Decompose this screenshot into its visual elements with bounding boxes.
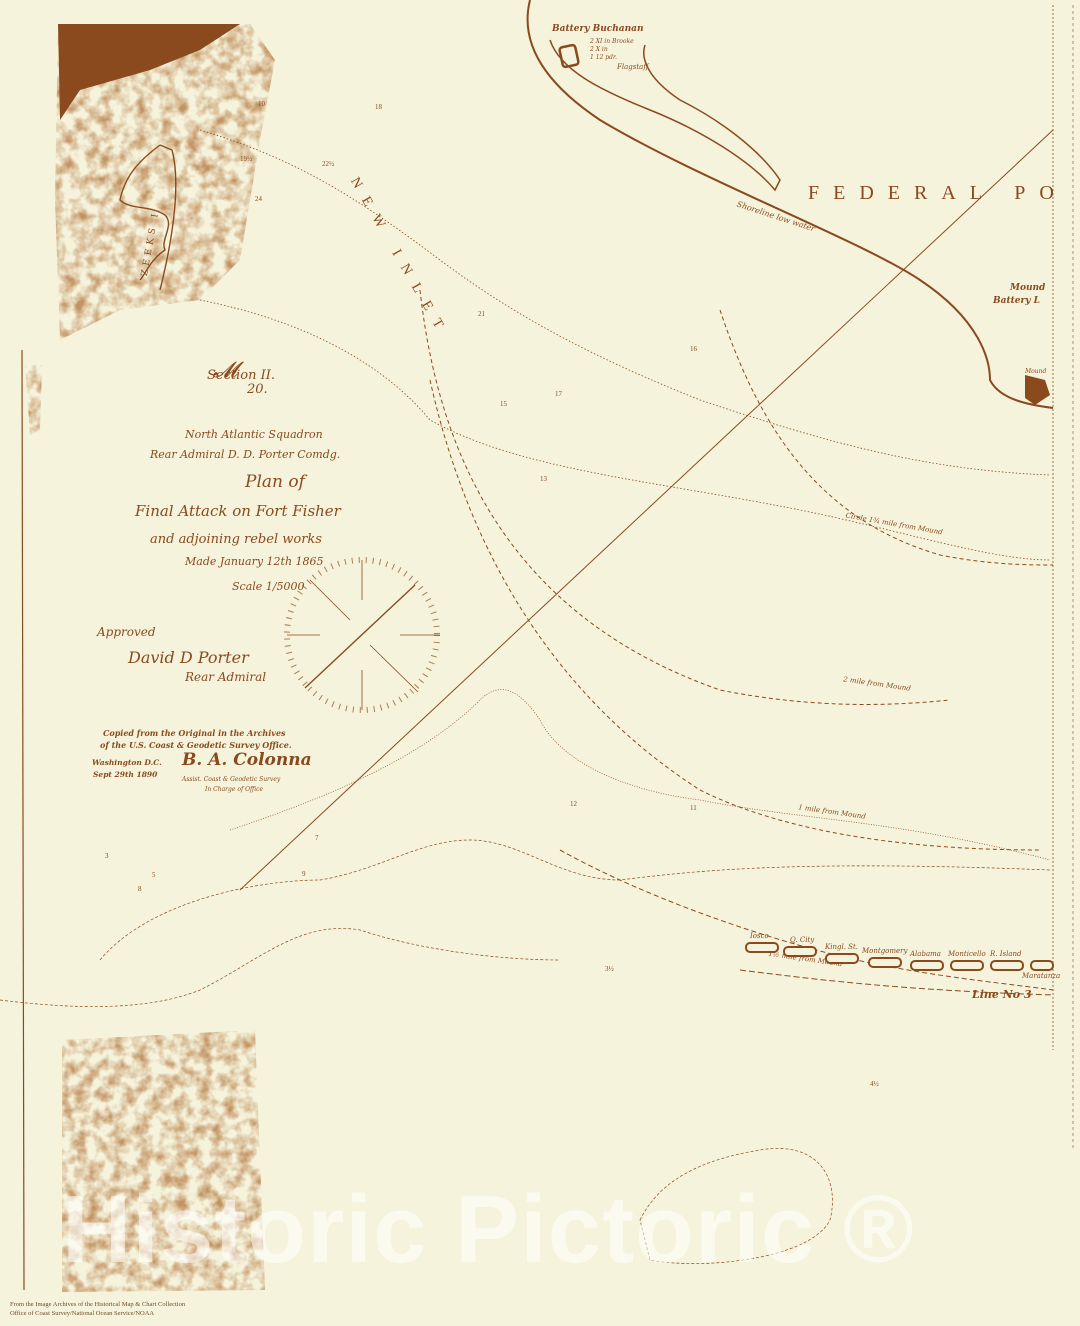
battery-buchanan-label: Battery Buchanan bbox=[552, 24, 644, 34]
mound-battery-label-2: Battery L bbox=[993, 296, 1040, 306]
mound-battery-label: Mound bbox=[1010, 283, 1045, 293]
copy-date: Sept 29th 1890 bbox=[93, 770, 157, 779]
approved-label: Approved bbox=[97, 625, 156, 639]
title-line-2: Rear Admiral D. D. Porter Comdg. bbox=[150, 448, 340, 461]
colonna-signature: B. A. Colonna bbox=[182, 750, 312, 770]
title-line-6: Made January 12th 1865 bbox=[185, 555, 324, 568]
ship-icon bbox=[950, 960, 984, 971]
scale-label: Scale 1/5000 bbox=[232, 580, 304, 593]
porter-signature: David D Porter bbox=[128, 648, 249, 667]
battery-guns-list: 2 XI in Brooke 2 X in 1 12 pdr. bbox=[590, 38, 634, 62]
federal-point-label: FEDERAL PO bbox=[808, 182, 1068, 205]
copy-note-line-1: Copied from the Original in the Archives bbox=[103, 728, 286, 738]
ship-icon bbox=[745, 942, 779, 953]
flagstaff-label: Flagstaff bbox=[617, 63, 648, 71]
colonna-title-2: In Charge of Office bbox=[205, 786, 263, 793]
title-line-3: Plan of bbox=[245, 472, 305, 492]
watermark: Historic Pictoric ® bbox=[62, 1175, 915, 1285]
line-no-label: Line No 3 bbox=[972, 988, 1032, 1001]
colonna-title-1: Assist. Coast & Geodetic Survey bbox=[182, 776, 280, 783]
ship-icon bbox=[910, 960, 944, 971]
section-number: 20. bbox=[247, 382, 268, 397]
credit-line-1: From the Image Archives of the Historica… bbox=[10, 1301, 185, 1308]
copy-note-line-2: of the U.S. Coast & Geodetic Survey Offi… bbox=[100, 740, 292, 750]
section-label: Section II. bbox=[207, 368, 275, 383]
title-line-4: Final Attack on Fort Fisher bbox=[135, 502, 341, 520]
title-line-5: and adjoining rebel works bbox=[150, 532, 322, 547]
credit-line-2: Office of Coast Survey/National Ocean Se… bbox=[10, 1310, 154, 1317]
ship-icon bbox=[825, 953, 859, 964]
nautical-chart: FEDERAL PO NEW INLET ZEEKS I Battery Buc… bbox=[0, 0, 1080, 1326]
compass-rose-icon bbox=[287, 560, 440, 710]
ship-icon bbox=[990, 960, 1024, 971]
ship-icon bbox=[1030, 960, 1054, 971]
copy-place: Washington D.C. bbox=[92, 758, 162, 767]
title-line-1: North Atlantic Squadron bbox=[185, 428, 323, 441]
ship-icon bbox=[868, 957, 902, 968]
ship-icon bbox=[783, 946, 817, 957]
mound-label: Mound bbox=[1025, 368, 1046, 375]
porter-role: Rear Admiral bbox=[185, 670, 266, 684]
